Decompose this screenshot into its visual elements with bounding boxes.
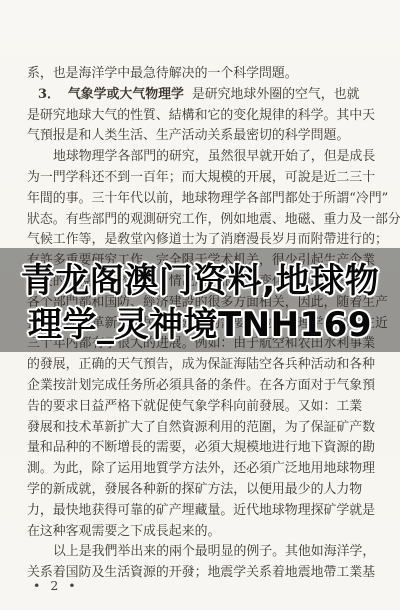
watermark-overlay: 青龙阁澳门资料,地球物 理学_灵神境TNH169 [0, 259, 400, 347]
text-line: 以上是我們举出来的兩个最明显的例子。其他如海洋学， [27, 542, 377, 563]
watermark-line2: 理学_灵神境TNH169 [0, 303, 400, 347]
text-line: 測。为此，除了运用地質学方法外，还必須广泛地用地球物理 [27, 459, 377, 480]
page-number: • 2 • [33, 578, 79, 593]
text-line-section-heading: 3．气象学或大气物理学是研究地球外圈的空气，也就 [27, 85, 377, 106]
section-title: 气象学或大气物理学 [68, 87, 184, 102]
text-line: 系，也是海洋学中最急待解决的一个科学問題。 [27, 64, 377, 85]
scanned-page: 系，也是海洋学中最急待解决的一个科学問題。 3．气象学或大气物理学是研究地球外圈… [0, 0, 400, 610]
text-line: 企業按計划完成任务所必須具备的条件。在各方面对于气象預 [27, 376, 377, 397]
text-line: 气預报是和人类生活、生产活动关系最密切的科学問題。 [27, 126, 377, 147]
text-line: 关系着国防及生活資源的开發；地震学关系着地震地帶工業基 [27, 563, 377, 584]
section-text: 是研究地球外圈的空气，也就 [192, 87, 360, 102]
text-line: 發展和技术革新扩大了自然資源利用的范圍，为了保証矿产数 [27, 418, 377, 439]
text-line: 地球物理学各部門的研究，虽然很早就开始了，但是成長 [27, 147, 377, 168]
watermark-line1: 青龙阁澳门资料,地球物 [0, 259, 400, 303]
text-line: 为一門学科还不到一百年；而大規模的开展，可說是近二三十 [27, 168, 377, 189]
text-line: 告的要求日益严格下就促使气象学科向前發展。又如：工業 [27, 397, 377, 418]
text-line: 在这种客观需要之下成長起来的。 [27, 522, 377, 543]
text-line: 狀态。有些部門的观測研究工作，例如地震、地磁、重力及一部分 [27, 210, 377, 231]
section-number: 3． [38, 87, 60, 102]
text-line: 年間的事。三十年代以前，地球物理学各部門都处于所謂“冷門” [27, 189, 377, 210]
text-line: 学的新成就，發展各种新的探矿方法，以便用最少的人力物 [27, 480, 377, 501]
text-line: 量和品种的不断增長的需要，必須大規模地进行地下資源的勘 [27, 438, 377, 459]
text-line: 的發展，正确的天气預告，成为保証海陆空各兵种活动和各种 [27, 355, 377, 376]
text-line: 是研究地球大气的性質、結構和它的变化規律的科学。其中天 [27, 106, 377, 127]
text-line: 力，最快地获得可靠的矿产埋藏量。近代地球物理探矿学就是 [27, 501, 377, 522]
